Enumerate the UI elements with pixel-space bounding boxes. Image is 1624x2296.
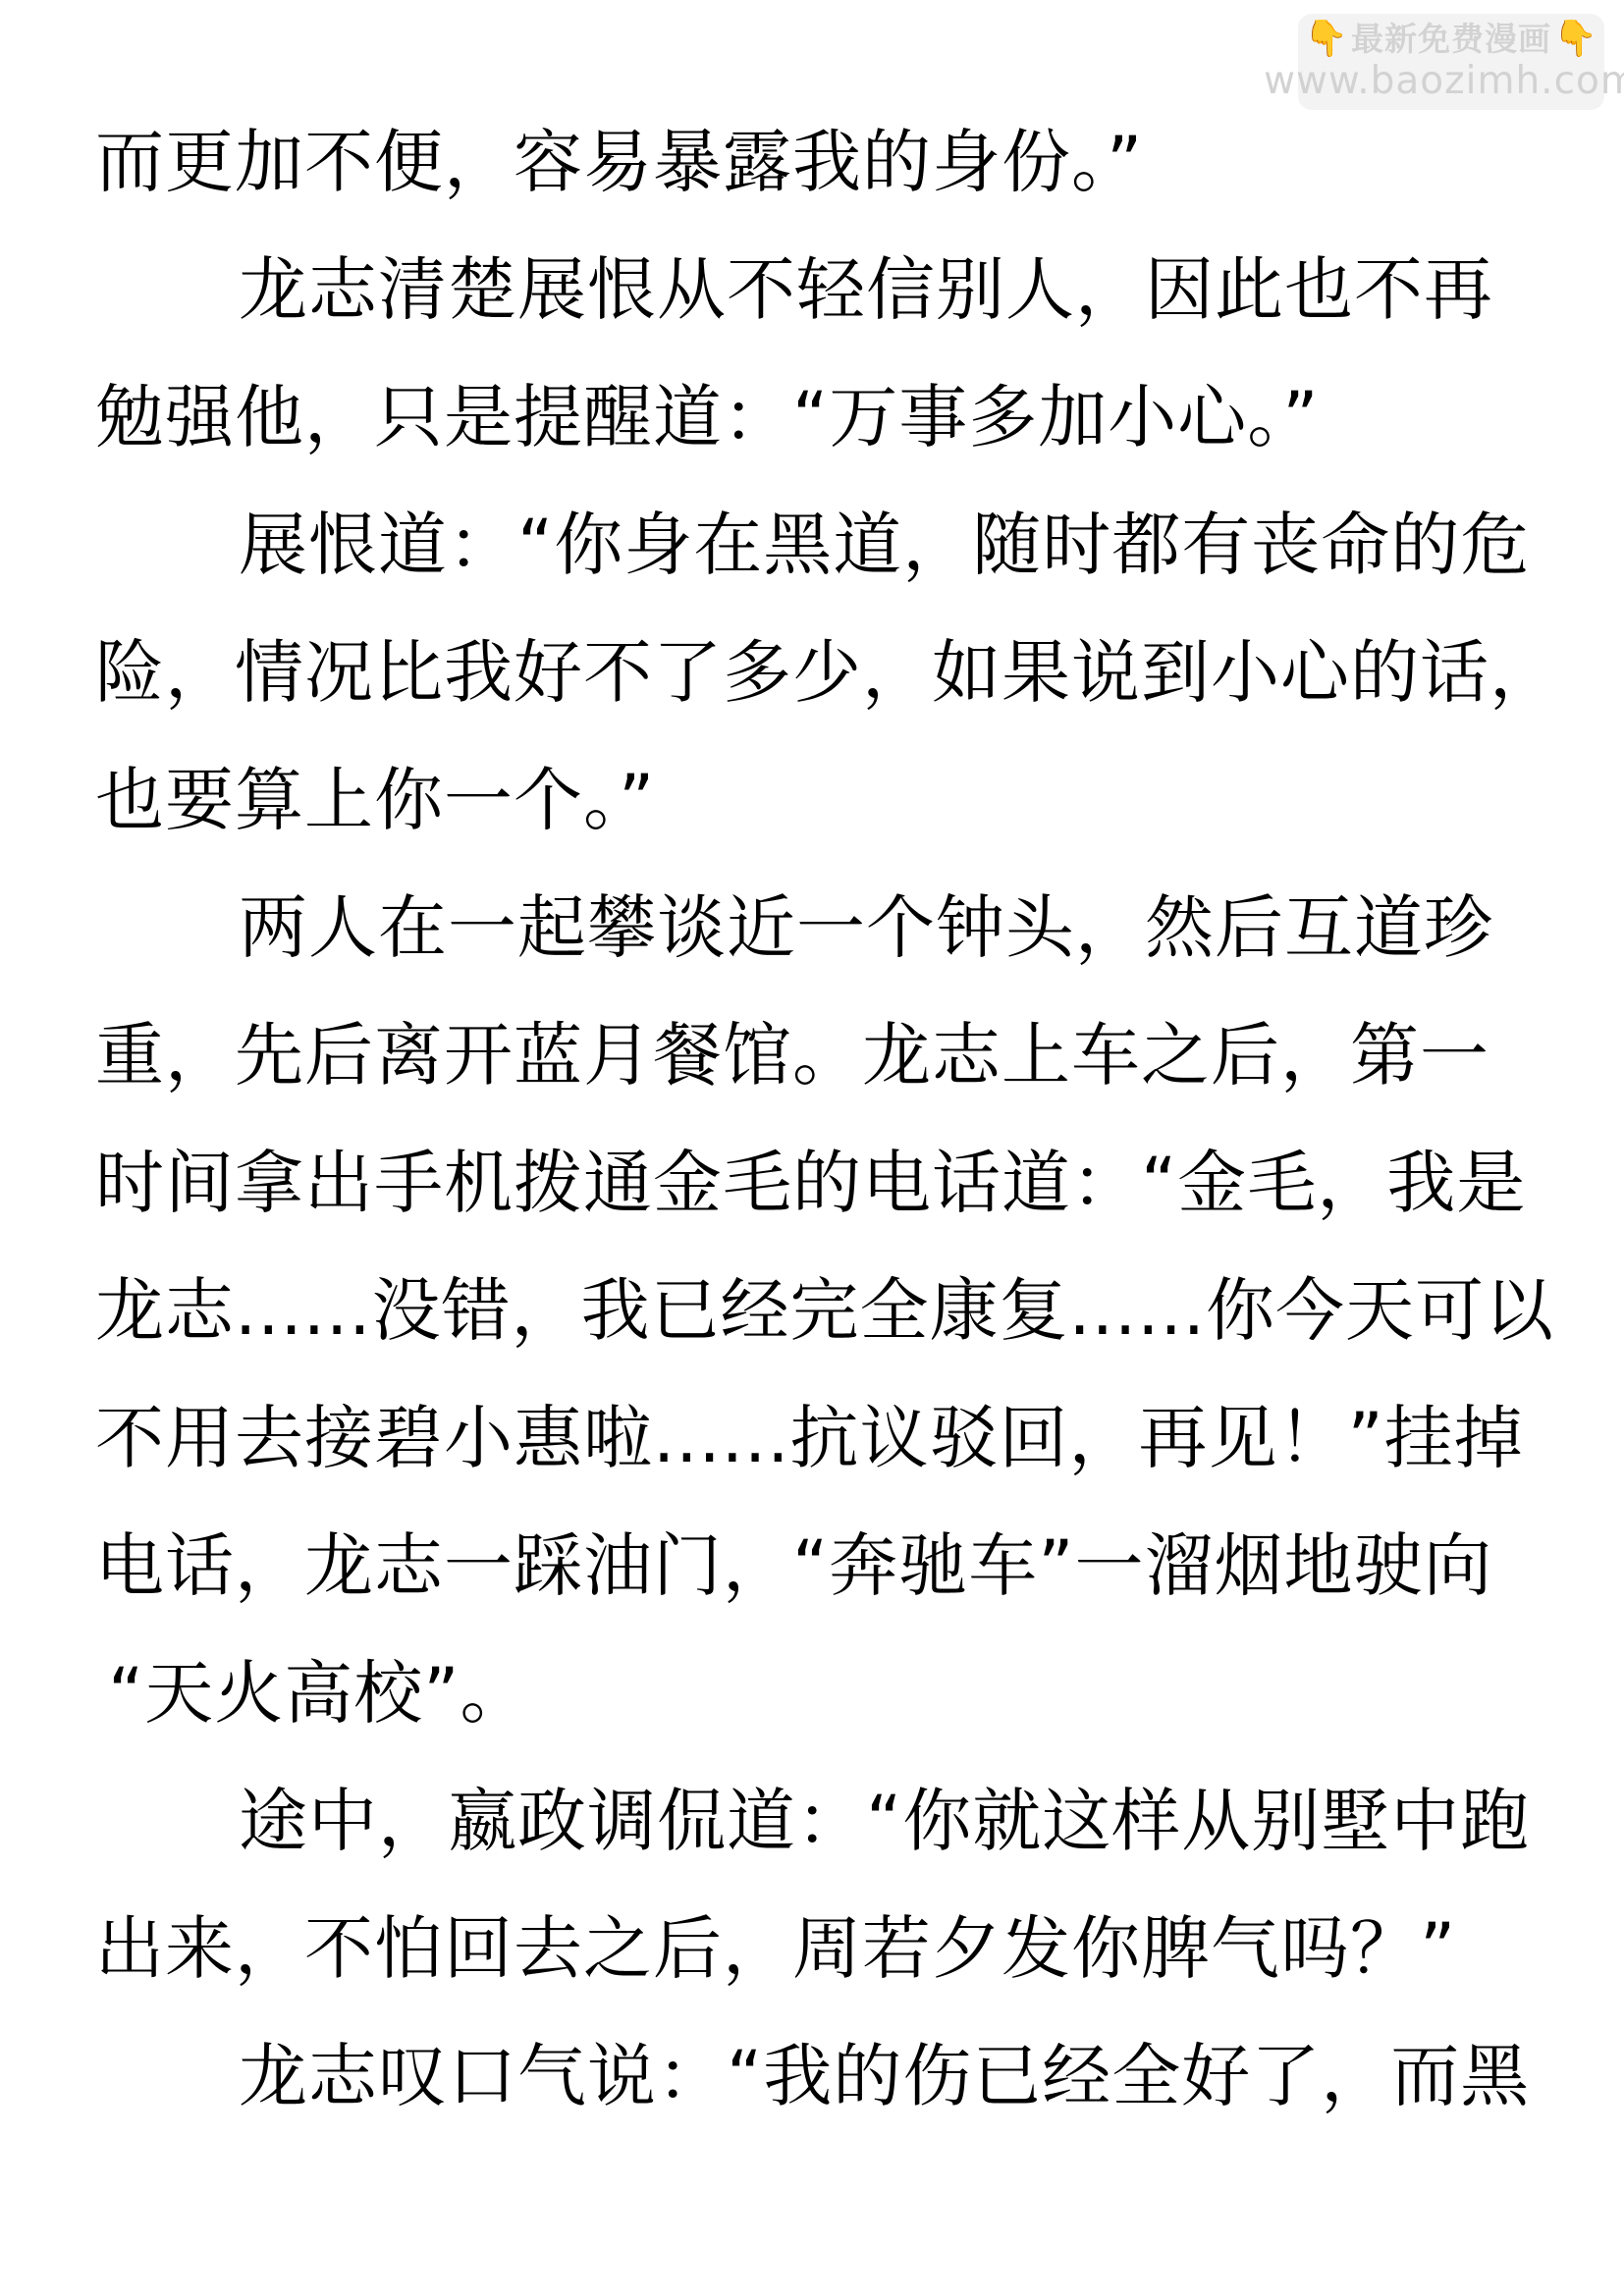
novel-reader-page: 👇 最新免费漫画 👇 www.baozimh.com 而更加不便，容易暴露我的身… bbox=[0, 0, 1624, 2296]
pointing-down-emoji: 👇 bbox=[1553, 20, 1598, 59]
text-line: 途中，嬴政调侃道：“你就这样从别墅中跑 bbox=[0, 1757, 1624, 1885]
text-line: 勉强他，只是提醒道：“万事多加小心。” bbox=[0, 353, 1624, 481]
text-line: “天火高校”。 bbox=[0, 1629, 1624, 1757]
text-line: 两人在一起攀谈近一个钟头，然后互道珍 bbox=[0, 864, 1624, 991]
watermark-label: 最新免费漫画 bbox=[1351, 20, 1551, 59]
text-line: 时间拿出手机拨通金毛的电话道：“金毛，我是 bbox=[0, 1119, 1624, 1247]
text-line: 重，先后离开蓝月餐馆。龙志上车之后，第一 bbox=[0, 991, 1624, 1119]
text-line: 不用去接碧小惠啦......抗议驳回，再见！”挂掉 bbox=[0, 1374, 1624, 1502]
watermark-badge[interactable]: 👇 最新免费漫画 👇 www.baozimh.com bbox=[1298, 14, 1604, 110]
text-line: 龙志叹口气说：“我的伤已经全好了，而黑 bbox=[0, 2012, 1624, 2140]
pointing-down-emoji: 👇 bbox=[1304, 20, 1349, 59]
watermark-title-row: 👇 最新免费漫画 👇 bbox=[1304, 20, 1598, 59]
text-line: 电话，龙志一踩油门，“奔驰车”一溜烟地驶向 bbox=[0, 1502, 1624, 1629]
text-line: 出来，不怕回去之后，周若夕发你脾气吗？” bbox=[0, 1885, 1624, 2012]
text-line: 龙志清楚展恨从不轻信别人，因此也不再 bbox=[0, 226, 1624, 353]
text-line: 险，情况比我好不了多少，如果说到小心的话， bbox=[0, 609, 1624, 736]
text-line: 也要算上你一个。” bbox=[0, 736, 1624, 864]
text-line: 而更加不便，容易暴露我的身份。” bbox=[0, 98, 1624, 226]
text-line: 龙志......没错，我已经完全康复......你今天可以 bbox=[0, 1247, 1624, 1374]
novel-text-block: 而更加不便，容易暴露我的身份。” 龙志清楚展恨从不轻信别人，因此也不再 勉强他，… bbox=[0, 98, 1624, 2140]
text-line: 展恨道：“你身在黑道，随时都有丧命的危 bbox=[0, 481, 1624, 609]
